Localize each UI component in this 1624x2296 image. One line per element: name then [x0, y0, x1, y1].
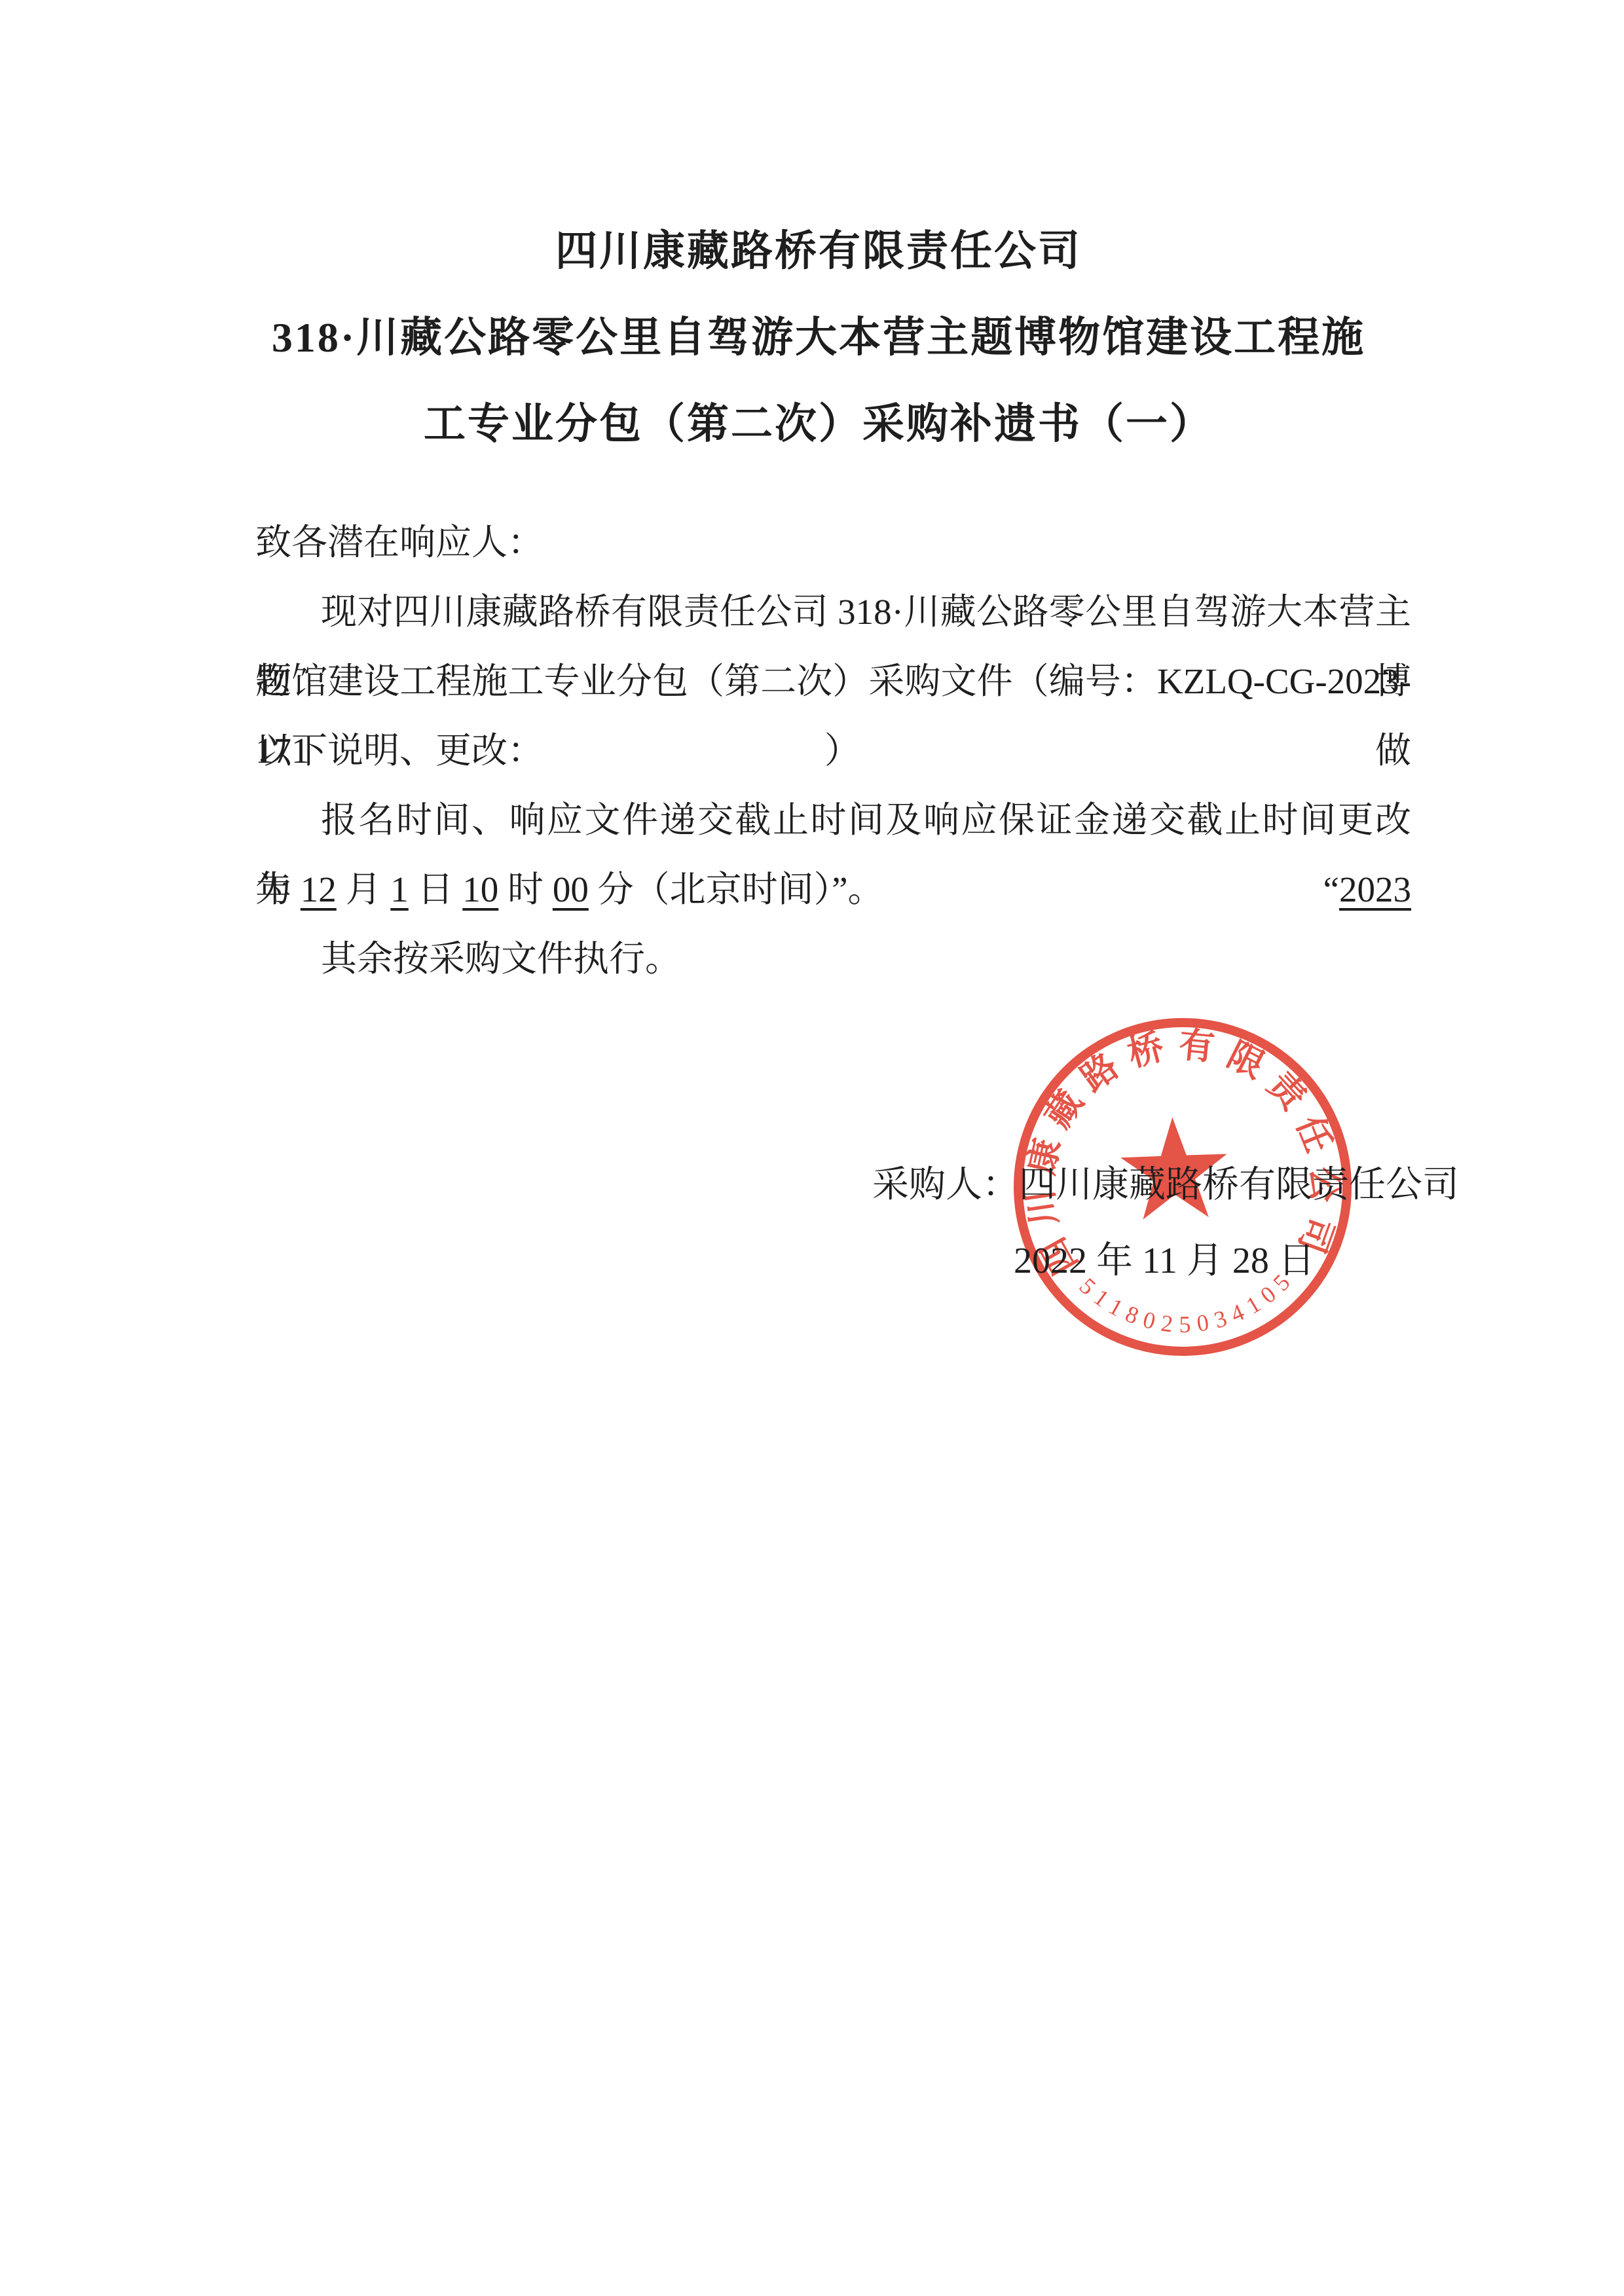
salutation-line: 致各潜在响应人： — [255, 508, 1411, 577]
underlined-minute: 00 — [553, 869, 589, 909]
title-line-1: 四川康藏路桥有限责任公司 — [223, 208, 1414, 295]
title-line-3: 工专业分包（第二次）采购补遗书（一） — [223, 381, 1414, 467]
paragraph2-line1: 报名时间、响应文件递交截止时间及响应保证金递交截止时间更改为“2023 — [255, 786, 1411, 855]
date-text-segment: 时 — [498, 869, 553, 909]
underlined-hour: 10 — [462, 869, 498, 909]
date-text-segment: 日 — [409, 869, 463, 909]
title-line-2: 318·川藏公路零公里自驾游大本营主题博物馆建设工程施 — [223, 295, 1414, 381]
paragraph3-line: 其余按采购文件执行。 — [255, 924, 1411, 994]
document-page: 四川康藏路桥有限责任公司 318·川藏公路零公里自驾游大本营主题博物馆建设工程施… — [0, 0, 1624, 2296]
date-text-segment: 年 — [255, 869, 301, 909]
body-block: 致各潜在响应人： 现对四川康藏路桥有限责任公司 318·川藏公路零公里自驾游大本… — [255, 508, 1411, 994]
underlined-day: 1 — [390, 869, 409, 909]
underlined-month: 12 — [301, 869, 337, 909]
date-text-segment: 分（北京时间）”。 — [589, 869, 884, 909]
signature-line: 采购人：四川康藏路桥有限责任公司 — [872, 1157, 1459, 1212]
title-block: 四川康藏路桥有限责任公司 318·川藏公路零公里自驾游大本营主题博物馆建设工程施… — [223, 208, 1414, 467]
paragraph1-line1: 现对四川康藏路桥有限责任公司 318·川藏公路零公里自驾游大本营主题博 — [255, 577, 1411, 647]
paragraph1-line2: 物馆建设工程施工专业分包（第二次）采购文件（编号：KZLQ-CG-2023-17… — [255, 647, 1411, 716]
buyer-label: 采购人： — [872, 1165, 1019, 1205]
buyer-name: 四川康藏路桥有限责任公司 — [1019, 1165, 1459, 1205]
signature-date: 2022 年 11 月 28 日 — [1014, 1233, 1315, 1288]
date-text-segment: 月 — [337, 869, 391, 909]
underlined-year: 2023 — [1339, 869, 1411, 909]
